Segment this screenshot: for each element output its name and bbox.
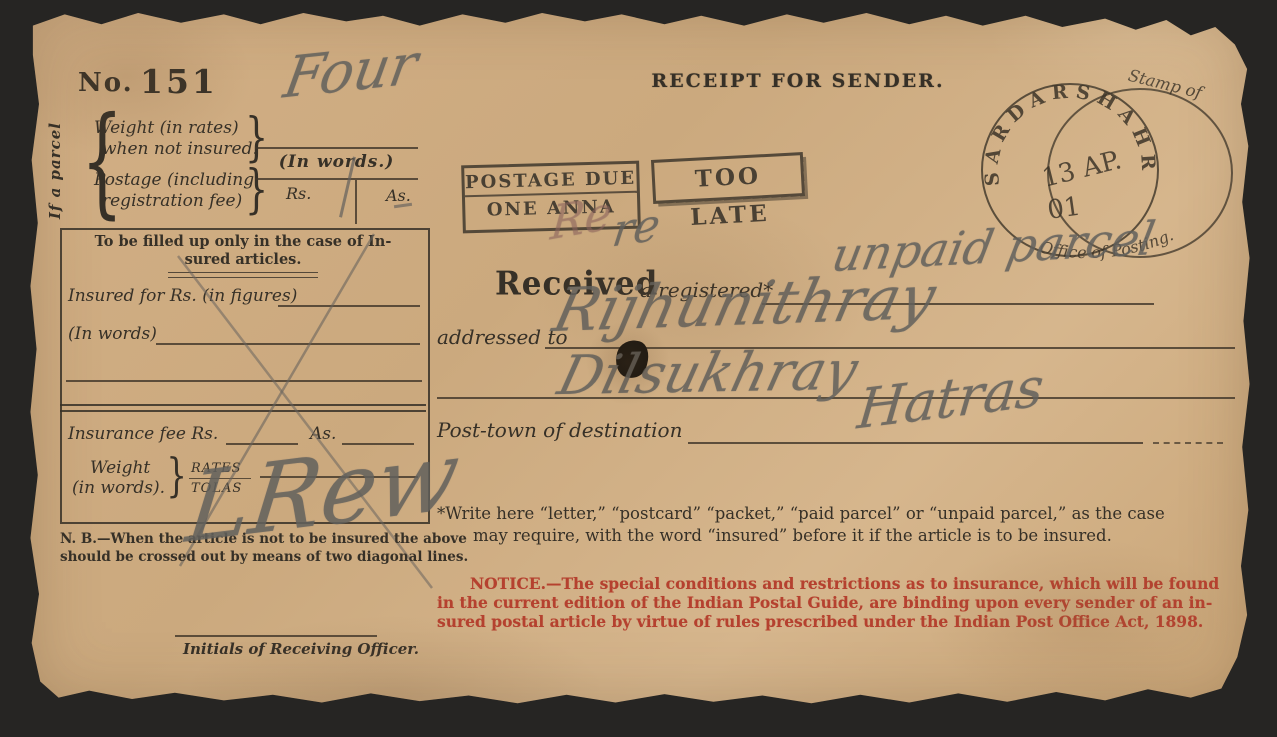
rs-label: Rs.: [286, 184, 311, 203]
handwritten-red-scribble: Re: [549, 184, 615, 250]
form-number-value: 151: [140, 62, 218, 101]
footnote-line2: may require, with the word “insured” bef…: [473, 526, 1112, 545]
rs-as-divider: [355, 180, 357, 224]
postmark-date: 13 AP.: [1039, 145, 1124, 194]
rs-as-top-rule: [255, 178, 418, 180]
handwritten-scribble: re: [609, 199, 663, 258]
stamp-of-label: Stamp of: [1126, 66, 1206, 103]
initials-label: Initials of Receiving Officer.: [183, 640, 419, 658]
initials-signature-line: [175, 635, 377, 637]
weight-label-line1: Weight (in rates): [94, 118, 258, 139]
if-a-parcel-label: If a parcel: [46, 122, 64, 219]
handwritten-top-word: Four: [279, 31, 422, 111]
in-words-header: (In words.): [255, 152, 418, 172]
vintage-postal-receipt: No. 151 If a parcel { Weight (in rates) …: [0, 0, 1277, 737]
in-words-top-rule: [255, 147, 418, 149]
receipt-title: RECEIPT FOR SENDER.: [628, 70, 968, 92]
post-town-dash-line: [1153, 442, 1223, 444]
notice-line1: NOTICE.—The special conditions and restr…: [470, 574, 1219, 593]
receipt-paper: No. 151 If a parcel { Weight (in rates) …: [28, 6, 1252, 706]
notice-line3: sured postal article by virtue of rules …: [437, 612, 1203, 631]
weight-label-line2: when not insured.: [94, 139, 258, 160]
postage-label-line2: registration fee): [94, 191, 254, 212]
too-late-stamp: TOO LATE: [651, 152, 805, 204]
footnote-line1: *Write here “letter,” “postcard” “packet…: [437, 504, 1165, 523]
postage-label-line1: Postage (including: [94, 170, 254, 191]
handwritten-addressee-line1: Rijhunithray: [547, 262, 942, 346]
as-label: As.: [386, 186, 411, 205]
post-town-label: Post-town of destination: [437, 418, 682, 442]
handwritten-post-town: Hatras: [855, 355, 1047, 442]
notice-line2: in the current edition of the Indian Pos…: [437, 593, 1212, 612]
handwritten-addressee-line2: Dilsukhray: [552, 339, 864, 407]
post-town-fill-line: [688, 442, 1143, 444]
